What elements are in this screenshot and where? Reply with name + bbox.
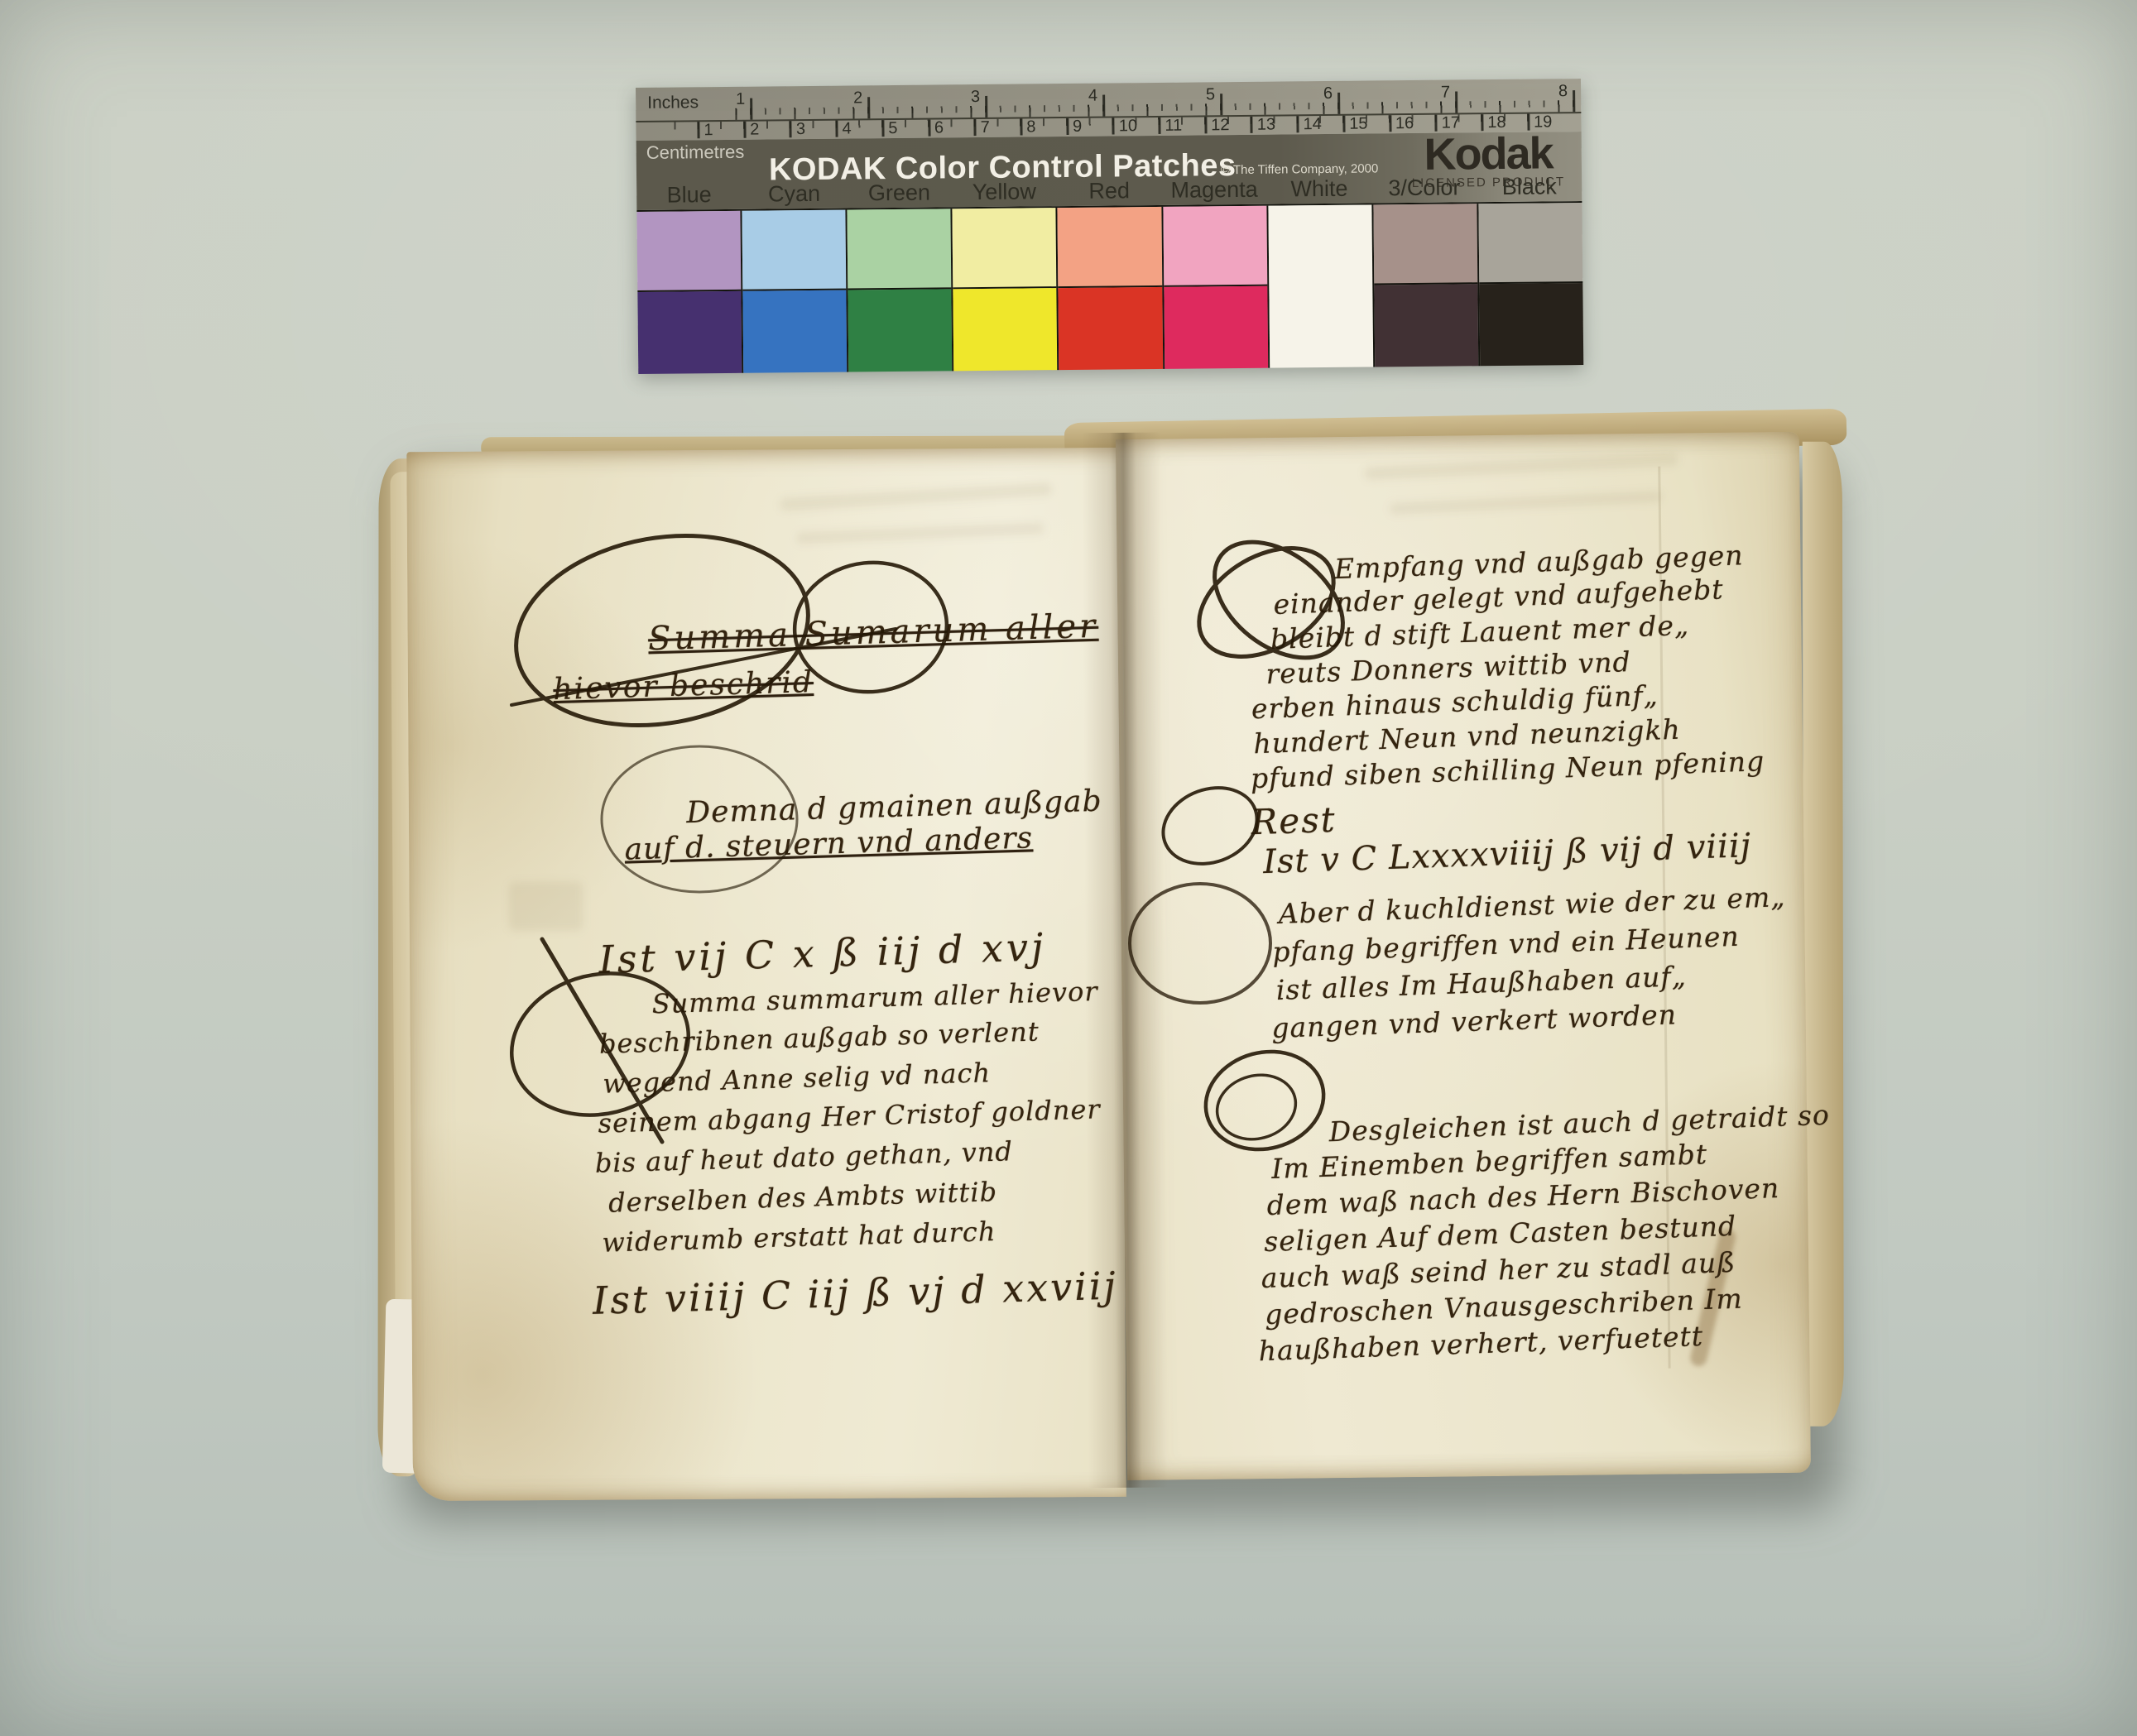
patch-label-3-color: 3/Color — [1371, 175, 1477, 201]
patch-column-magenta — [1161, 206, 1268, 369]
ink-showthrough — [1364, 453, 1678, 481]
cm-number: 13 — [1251, 117, 1275, 133]
left-page: Summa Sumarum aller hievor beschrid Demn… — [406, 448, 1126, 1501]
ink-showthrough — [796, 522, 1044, 544]
patch-swatch-full — [1268, 204, 1373, 367]
manuscript-line: widerumb erstatt hat durch — [602, 1216, 996, 1259]
patch-column-white — [1266, 204, 1373, 367]
manuscript-line: hievor beschrid — [553, 665, 814, 707]
patch-column-cyan — [741, 210, 848, 373]
patch-swatch-light — [1163, 206, 1267, 287]
patch-grid — [636, 201, 1583, 374]
cm-number: 7 — [974, 119, 990, 136]
manuscript-book: Summa Sumarum aller hievor beschrid Demn… — [373, 414, 1849, 1515]
patch-swatch-light — [1373, 204, 1477, 285]
ink-showthrough — [779, 482, 1052, 511]
manuscript-line: gangen vnd verkert worden — [1271, 998, 1678, 1044]
manuscript-amount-line: Ist viiij C iij ß vj d xxviij — [592, 1264, 1118, 1323]
manuscript-line: Rest — [1251, 799, 1337, 842]
manuscript-line: bis auf heut dato gethan, vnd — [594, 1135, 1013, 1179]
manuscript-line: derselben des Ambts wittib — [608, 1176, 998, 1219]
patch-swatch-light — [1058, 207, 1162, 288]
patch-label-green: Green — [847, 180, 952, 206]
manuscript-amount-line: Ist vij C x ß iij d xvj — [598, 924, 1047, 982]
patch-label-black: Black — [1477, 174, 1582, 200]
patch-swatch-light — [636, 211, 741, 292]
manuscript-line: Summa Sumarum aller — [647, 607, 1098, 659]
patch-swatch-dark — [1479, 283, 1583, 366]
cm-number: 15 — [1342, 116, 1367, 132]
title-band: KODAK Color Control Patches © The Tiffen… — [636, 132, 1582, 210]
cm-number: 11 — [1158, 117, 1182, 134]
cm-number: 14 — [1296, 116, 1321, 132]
cm-number: 12 — [1204, 117, 1229, 133]
patch-label-blue: Blue — [636, 182, 742, 209]
patch-column-black — [1477, 203, 1583, 366]
patch-column-blue — [636, 211, 742, 374]
patch-label-yellow: Yellow — [952, 179, 1057, 205]
patch-column-red — [1056, 207, 1163, 370]
patch-column-3-color — [1371, 204, 1478, 367]
patch-column-yellow — [951, 208, 1058, 371]
cm-number: 3 — [790, 121, 805, 137]
manuscript-line: Desgleichen ist auch d getraidt so — [1328, 1099, 1830, 1149]
cm-number: 4 — [835, 121, 851, 137]
patch-swatch-dark — [1059, 287, 1163, 370]
manuscript-line: Summa summarum aller hievor — [651, 976, 1098, 1020]
patch-column-green — [846, 209, 953, 372]
patch-swatch-dark — [848, 289, 953, 372]
patch-label-magenta: Magenta — [1162, 177, 1267, 204]
patch-swatch-dark — [742, 290, 847, 373]
kodak-color-bar: Inches 12345678 123456789101112131415161… — [636, 79, 1583, 372]
patch-label-cyan: Cyan — [742, 181, 847, 208]
patch-swatch-dark — [637, 291, 742, 374]
cm-number: 8 — [1020, 118, 1035, 135]
cm-number: 16 — [1389, 115, 1414, 132]
archival-photo: Inches 12345678 123456789101112131415161… — [0, 0, 2137, 1736]
copyright-text: © The Tiffen Company, 2000 — [1221, 161, 1378, 177]
patch-swatch-dark — [953, 288, 1058, 371]
manuscript-line: Demna d gmainen außgab — [686, 784, 1102, 830]
cm-number: 1 — [697, 122, 713, 138]
kodak-wordmark: Kodak — [1411, 132, 1565, 176]
patch-label-white: White — [1266, 175, 1371, 202]
patch-label-red: Red — [1057, 178, 1162, 204]
cm-number: 9 — [1066, 118, 1082, 135]
ink-showthrough — [1390, 491, 1663, 515]
manuscript-line: auf d. steuern vnd anders — [624, 821, 1034, 866]
cm-number: 6 — [928, 119, 944, 136]
manuscript-line: seinem abgang Her Cristof goldner — [598, 1093, 1101, 1139]
manuscript-line: beschribnen außgab so verlent — [598, 1015, 1040, 1059]
patch-swatch-dark — [1164, 286, 1268, 369]
ink-showthrough — [508, 881, 583, 932]
patch-swatch-light — [742, 210, 847, 291]
manuscript-line: wegend Anne selig vd nach — [603, 1057, 992, 1099]
patch-swatch-dark — [1374, 284, 1478, 367]
cm-number: 5 — [881, 120, 897, 137]
centimetres-label: Centimetres — [646, 141, 745, 164]
patch-swatch-light — [953, 208, 1057, 289]
patch-swatch-light — [1478, 203, 1582, 284]
cm-number: 2 — [743, 122, 759, 138]
cm-number: 10 — [1112, 117, 1137, 134]
patch-swatch-light — [848, 209, 952, 290]
right-page: Empfang vnd außgab gegen einander gelegt… — [1116, 432, 1811, 1480]
